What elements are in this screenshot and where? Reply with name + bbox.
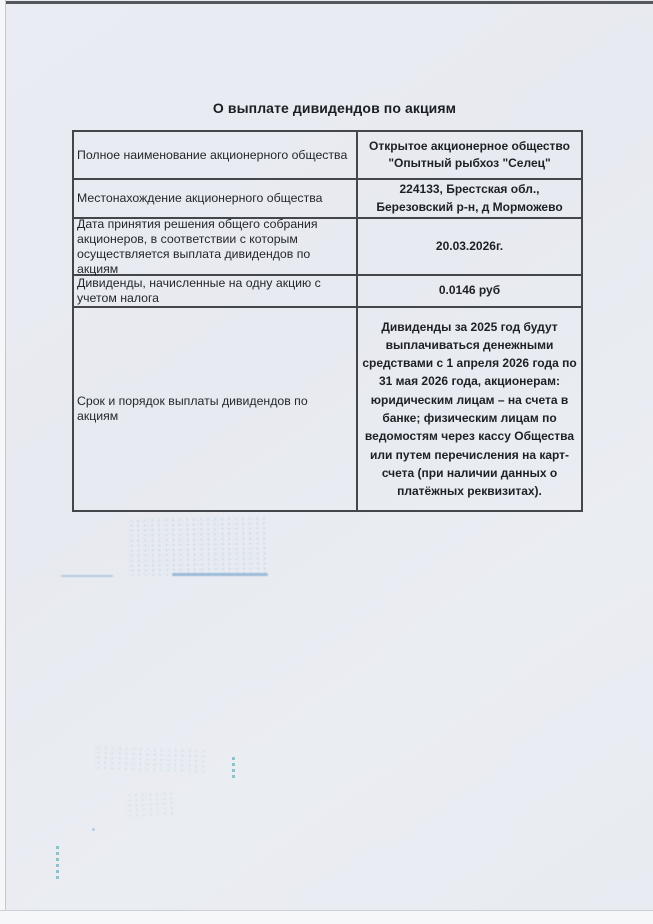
row-value-decision-date: 20.03.2026г. — [358, 219, 581, 274]
bleed-through-dot — [92, 828, 95, 831]
dividend-info-table: Полное наименование акционерного обществ… — [72, 130, 583, 512]
table-row-payment-terms: Срок и порядок выплаты дивидендов по акц… — [74, 308, 581, 510]
row-value-dividend-per-share: 0.0146 руб — [358, 276, 581, 306]
bleed-through-mark — [232, 757, 235, 781]
scan-top-edge — [0, 1, 653, 4]
bleed-through-patch — [128, 516, 269, 576]
table-row-location: Местонахождение акционерного общества 22… — [74, 180, 581, 219]
table-row-decision-date: Дата принятия решения общего собрания ак… — [74, 219, 581, 276]
bleed-through-line — [61, 575, 113, 577]
row-label-decision-date: Дата принятия решения общего собрания ак… — [74, 219, 358, 274]
scan-left-edge — [0, 0, 6, 924]
bleed-through-line — [172, 573, 268, 576]
scan-bottom-edge — [0, 910, 653, 924]
document-title: О выплате дивидендов по акциям — [72, 100, 583, 116]
row-label-dividend-per-share: Дивиденды, начисленные на одну акцию с у… — [74, 276, 358, 306]
bleed-through-mark — [56, 846, 59, 879]
row-label-payment-terms: Срок и порядок выплаты дивидендов по акц… — [74, 308, 358, 510]
row-label-company-name: Полное наименование акционерного обществ… — [74, 132, 358, 178]
table-row-dividend-per-share: Дивиденды, начисленные на одну акцию с у… — [74, 276, 581, 308]
row-value-location: 224133, Брестская обл., Березовский р-н,… — [358, 180, 581, 217]
bleed-through-patch — [125, 791, 174, 817]
bleed-through-patch — [95, 745, 206, 773]
row-value-company-name: Открытое акционерное общество "Опытный р… — [358, 132, 581, 178]
row-label-location: Местонахождение акционерного общества — [74, 180, 358, 217]
row-value-payment-terms: Дивиденды за 2025 год будут выплачиватьс… — [358, 308, 581, 510]
table-row-company-name: Полное наименование акционерного обществ… — [74, 132, 581, 180]
scanned-document-page: О выплате дивидендов по акциям Полное на… — [0, 0, 653, 924]
